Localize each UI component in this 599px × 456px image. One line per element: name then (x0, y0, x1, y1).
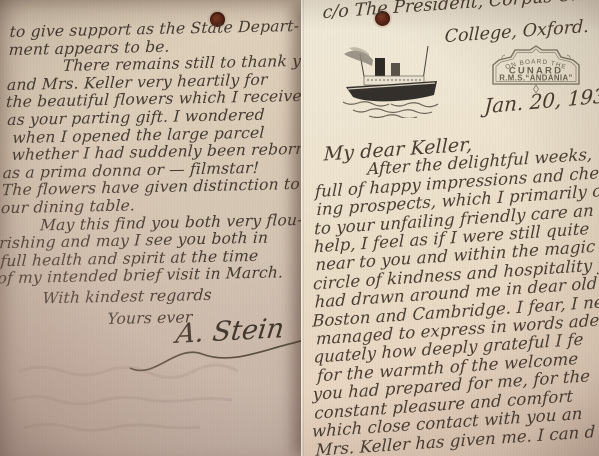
ink-bleed-through (0, 348, 312, 456)
crest-bottom-label: R.M.S.“ANDANIA” (499, 74, 573, 83)
signature: A. Stein (174, 313, 286, 350)
sender-address-line: College, Oxford. (444, 17, 589, 47)
letter-page-left: to give support as the State Depart- men… (0, 0, 312, 456)
steamship-icon (339, 38, 453, 118)
letter-page-right: c/o The President, Corpus Christi Colleg… (301, 0, 599, 456)
right-page-handwriting: My dear Keller, After the delightful wee… (309, 125, 599, 456)
closing-line: With kindest regards (42, 284, 312, 308)
left-page-handwriting: to give support as the State Depart- men… (0, 17, 312, 331)
letter-photo: to give support as the State Depart- men… (0, 0, 599, 456)
